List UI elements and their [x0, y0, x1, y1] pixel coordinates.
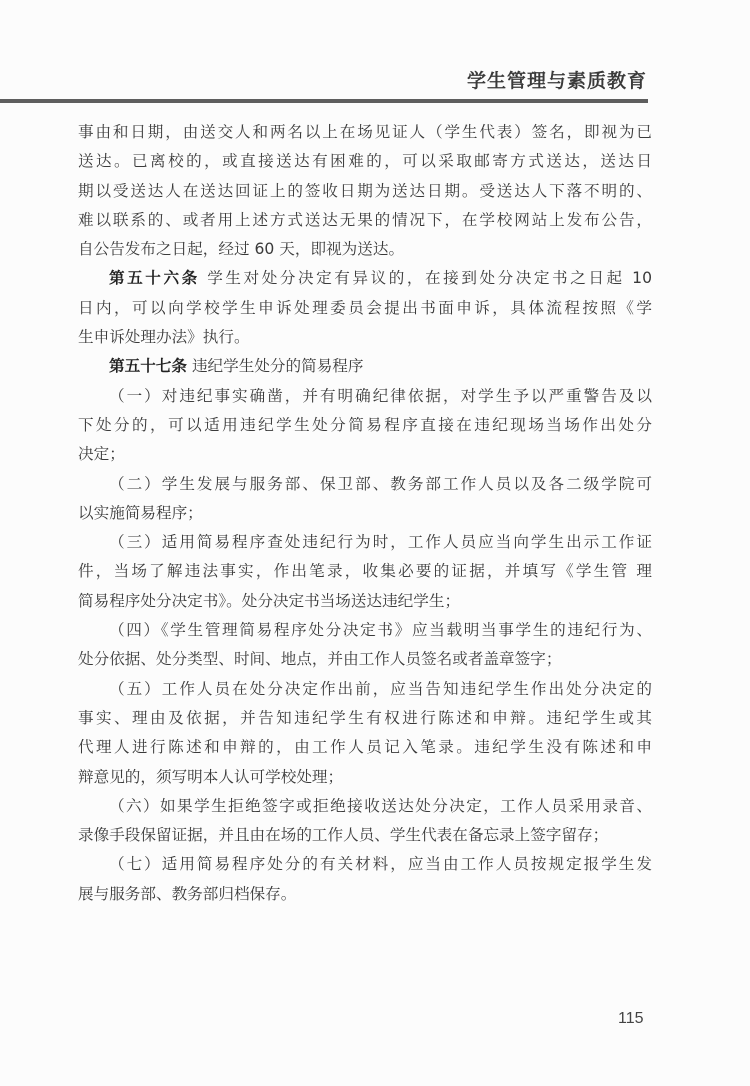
text-line: （四）《学生管理简易程序处分决定书》应当载明当事学生的违纪行为、 [78, 616, 652, 645]
article-text: 违纪学生处分的简易程序 [187, 357, 364, 375]
text-line: （五）工作人员在处分决定作出前，应当告知违纪学生作出处分决定的 [78, 675, 652, 704]
text-line: 送达。已离校的，或直接送达有困难的，可以采取邮寄方式送达，送达日 [78, 147, 652, 176]
text-line: 生申诉处理办法》执行。 [78, 323, 652, 352]
paragraph-article-57: 第五十七条 违纪学生处分的简易程序 [78, 352, 652, 381]
text-line: （七）适用简易程序处分的有关材料，应当由工作人员按规定报学生发 [78, 850, 652, 879]
text-line: 以实施简易程序； [78, 499, 652, 528]
list-item-5: （五）工作人员在处分决定作出前，应当告知违纪学生作出处分决定的 事实、理由及依据… [78, 675, 652, 792]
paragraph-article-56: 第五十六条 学生对处分决定有异议的，在接到处分决定书之日起 10 日内，可以向学… [78, 264, 652, 352]
list-item-3: （三）适用简易程序查处违纪行为时，工作人员应当向学生出示工作证 件，当场了解违法… [78, 528, 652, 616]
text-line: 处分依据、处分类型、时间、地点，并由工作人员签名或者盖章签字； [78, 645, 652, 674]
article-number: 第五十七条 [109, 357, 187, 375]
text-line: 难以联系的、或者用上述方式送达无果的情况下，在学校网站上发布公告， [78, 206, 652, 235]
text-line: 期以受送达人在送达回证上的签收日期为送达日期。受送达人下落不明的、 [78, 177, 652, 206]
text-line: 自公告发布之日起，经过 60 天，即视为送达。 [78, 235, 652, 264]
list-item-4: （四）《学生管理简易程序处分决定书》应当载明当事学生的违纪行为、 处分依据、处分… [78, 616, 652, 675]
text-line: 简易程序处分决定书》。处分决定书当场送达违纪学生； [78, 587, 652, 616]
running-header-title: 学生管理与素质教育 [467, 66, 647, 93]
page-body: 事由和日期，由送交人和两名以上在场见证人（学生代表）签名，即视为已 送达。已离校… [78, 118, 652, 909]
header-rule-divider [0, 99, 648, 103]
text-line: （一）对违纪事实确凿，并有明确纪律依据，对学生予以严重警告及以 [78, 382, 652, 411]
text-line: （六）如果学生拒绝签字或拒绝接收送达处分决定，工作人员采用录音、 [78, 792, 652, 821]
text-line: 件，当场了解违法事实，作出笔录，收集必要的证据，并填写《学生管 理 [78, 557, 652, 586]
list-item-7: （七）适用简易程序处分的有关材料，应当由工作人员按规定报学生发 展与服务部、教务… [78, 850, 652, 909]
text-line: 第五十七条 违纪学生处分的简易程序 [78, 352, 652, 381]
text-line: 事由和日期，由送交人和两名以上在场见证人（学生代表）签名，即视为已 [78, 118, 652, 147]
article-number: 第五十六条 [109, 269, 200, 287]
text-line: （三）适用简易程序查处违纪行为时，工作人员应当向学生出示工作证 [78, 528, 652, 557]
text-line: 第五十六条 学生对处分决定有异议的，在接到处分决定书之日起 10 [78, 264, 652, 293]
list-item-2: （二）学生发展与服务部、保卫部、教务部工作人员以及各二级学院可 以实施简易程序； [78, 470, 652, 529]
page-number: 115 [618, 1010, 644, 1028]
text-line: 辩意见的，须写明本人认可学校处理； [78, 763, 652, 792]
list-item-6: （六）如果学生拒绝签字或拒绝接收送达处分决定，工作人员采用录音、 录像手段保留证… [78, 792, 652, 851]
article-text: 学生对处分决定有异议的，在接到处分决定书之日起 10 [200, 269, 652, 287]
text-line: 录像手段保留证据，并且由在场的工作人员、学生代表在备忘录上签字留存； [78, 821, 652, 850]
text-line: （二）学生发展与服务部、保卫部、教务部工作人员以及各二级学院可 [78, 470, 652, 499]
paragraph-continuation: 事由和日期，由送交人和两名以上在场见证人（学生代表）签名，即视为已 送达。已离校… [78, 118, 652, 264]
list-item-1: （一）对违纪事实确凿，并有明确纪律依据，对学生予以严重警告及以 下处分的，可以适… [78, 382, 652, 470]
text-line: 决定； [78, 440, 652, 469]
text-line: 事实、理由及依据，并告知违纪学生有权进行陈述和申辩。违纪学生或其 [78, 704, 652, 733]
text-line: 展与服务部、教务部归档保存。 [78, 880, 652, 909]
text-line: 下处分的，可以适用违纪学生处分简易程序直接在违纪现场当场作出处分 [78, 411, 652, 440]
text-line: 代理人进行陈述和申辩的，由工作人员记入笔录。违纪学生没有陈述和申 [78, 733, 652, 762]
text-line: 日内，可以向学校学生申诉处理委员会提出书面申诉，具体流程按照《学 [78, 294, 652, 323]
